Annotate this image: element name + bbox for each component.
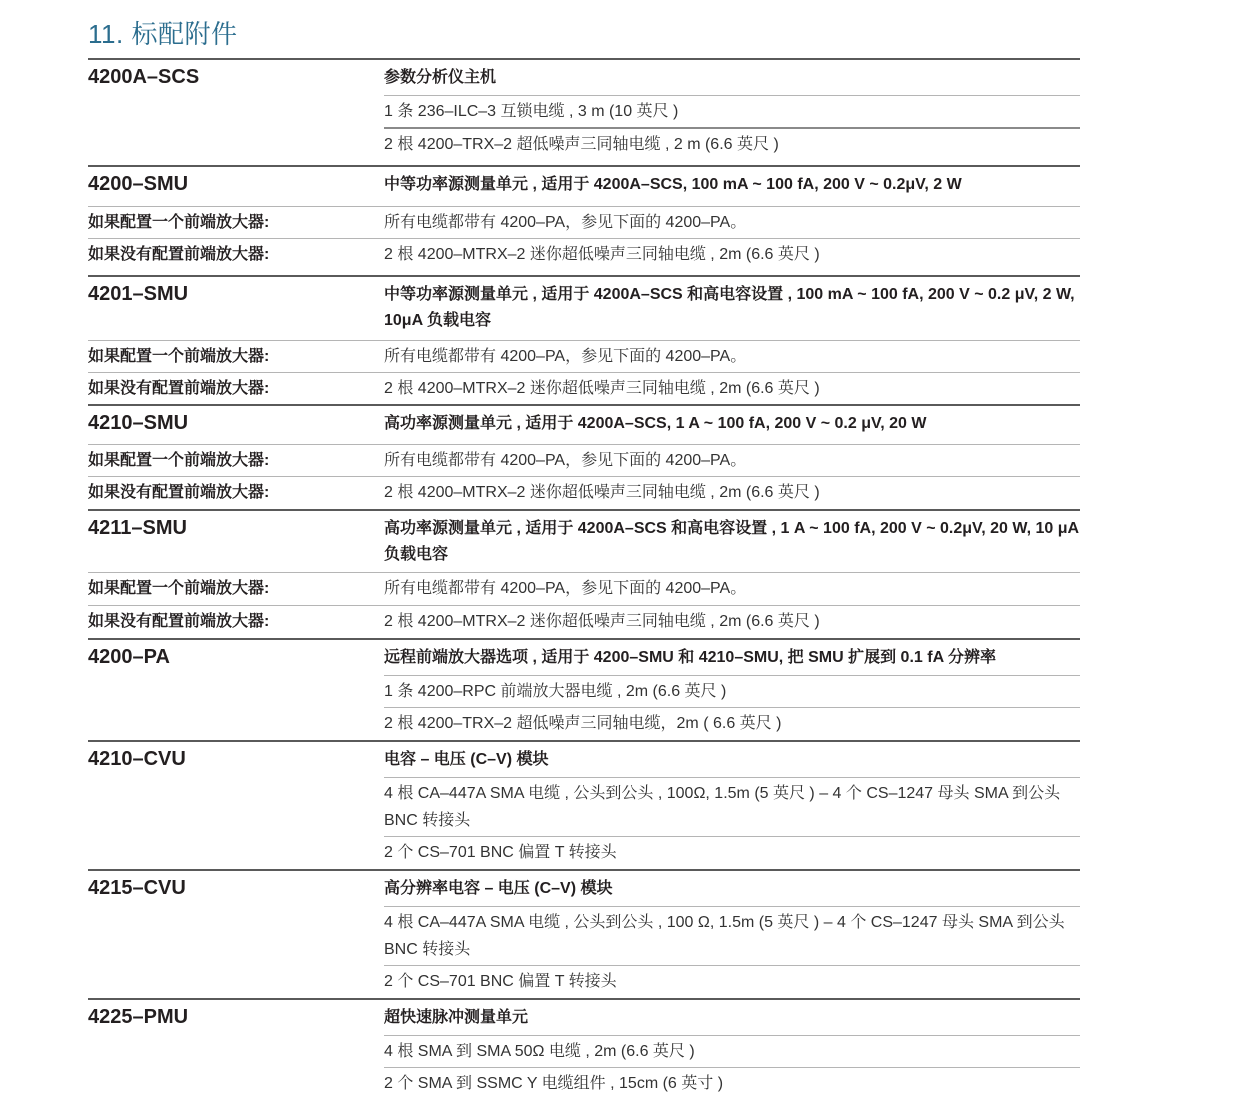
product-model: 4200–PA [88, 640, 384, 675]
product-header-row: 4225–PMU超快速脉冲测量单元 [88, 1000, 1080, 1035]
accessory-text: 2 个 CS–701 BNC 偏置 T 转接头 [384, 836, 1080, 869]
accessory-text: 4 根 CA–447A SMA 电缆 , 公头到公头 , 100 Ω, 1.5m… [384, 906, 1080, 965]
accessory-text: 2 根 4200–MTRX–2 迷你超低噪声三同轴电缆 , 2m (6.6 英尺… [384, 239, 1080, 275]
product-header-row: 4201–SMU中等功率源测量单元 , 适用于 4200A–SCS 和高电容设置… [88, 277, 1080, 340]
accessory-row: 1 条 236–ILC–3 互锁电缆 , 3 m (10 英尺 ) [88, 95, 1080, 127]
accessory-row: 如果没有配置前端放大器:2 根 4200–MTRX–2 迷你超低噪声三同轴电缆 … [88, 605, 1080, 638]
accessory-text: 2 个 SMA 到 SSMC Y 电缆组件 , 15cm (6 英寸 ) [384, 1067, 1080, 1101]
condition-label: 如果没有配置前端放大器: [88, 239, 384, 275]
product-header-row: 4210–CVU电容 – 电压 (C–V) 模块 [88, 742, 1080, 777]
condition-label: 如果配置一个前端放大器: [88, 341, 384, 372]
condition-label [88, 95, 384, 127]
accessory-text: 所有电缆都带有 4200–PA，参见下面的 4200–PA。 [384, 573, 1080, 605]
accessory-text: 2 根 4200–MTRX–2 迷你超低噪声三同轴电缆 , 2m (6.6 英尺… [384, 606, 1080, 638]
product-description: 中等功率源测量单元 , 适用于 4200A–SCS, 100 mA ~ 100 … [384, 167, 1080, 206]
product-model: 4201–SMU [88, 277, 384, 340]
condition-label: 如果没有配置前端放大器: [88, 373, 384, 404]
product-description: 参数分析仪主机 [384, 60, 1080, 95]
accessory-row: 如果配置一个前端放大器:所有电缆都带有 4200–PA，参见下面的 4200–P… [88, 444, 1080, 476]
accessory-row: 4 根 SMA 到 SMA 50Ω 电缆 , 2m (6.6 英尺 ) [88, 1035, 1080, 1067]
product-header-row: 4200–SMU中等功率源测量单元 , 适用于 4200A–SCS, 100 m… [88, 167, 1080, 206]
accessory-text: 4 根 CA–447A SMA 电缆 , 公头到公头 , 100Ω, 1.5m … [384, 777, 1080, 836]
product-header-row: 4200–PA远程前端放大器选项 , 适用于 4200–SMU 和 4210–S… [88, 640, 1080, 675]
accessories-table: 4200A–SCS参数分析仪主机1 条 236–ILC–3 互锁电缆 , 3 m… [88, 58, 1080, 1101]
product-model: 4210–SMU [88, 406, 384, 444]
accessory-row: 4 根 CA–447A SMA 电缆 , 公头到公头 , 100Ω, 1.5m … [88, 777, 1080, 836]
accessory-text: 2 根 4200–TRX–2 超低噪声三同轴电缆，2m ( 6.6 英尺 ) [384, 707, 1080, 740]
accessory-text: 1 条 236–ILC–3 互锁电缆 , 3 m (10 英尺 ) [384, 95, 1080, 127]
accessory-row: 如果没有配置前端放大器:2 根 4200–MTRX–2 迷你超低噪声三同轴电缆 … [88, 238, 1080, 275]
accessory-text: 1 条 4200–RPC 前端放大器电缆 , 2m (6.6 英尺 ) [384, 675, 1080, 707]
condition-label: 如果配置一个前端放大器: [88, 573, 384, 605]
accessory-row: 2 个 CS–701 BNC 偏置 T 转接头 [88, 965, 1080, 998]
product-model: 4225–PMU [88, 1000, 384, 1035]
condition-label [88, 675, 384, 707]
condition-label [88, 707, 384, 740]
product-description: 高功率源测量单元 , 适用于 4200A–SCS 和高电容设置 , 1 A ~ … [384, 511, 1080, 572]
product-model: 4210–CVU [88, 742, 384, 777]
accessory-row: 如果没有配置前端放大器:2 根 4200–MTRX–2 迷你超低噪声三同轴电缆 … [88, 372, 1080, 404]
product-description: 电容 – 电压 (C–V) 模块 [384, 742, 1080, 777]
product-model: 4200–SMU [88, 167, 384, 206]
accessory-row: 2 根 4200–TRX–2 超低噪声三同轴电缆，2m ( 6.6 英尺 ) [88, 707, 1080, 740]
accessory-row: 2 根 4200–TRX–2 超低噪声三同轴电缆 , 2 m (6.6 英尺 ) [88, 127, 1080, 165]
product-section: 4201–SMU中等功率源测量单元 , 适用于 4200A–SCS 和高电容设置… [88, 275, 1080, 404]
product-model: 4215–CVU [88, 871, 384, 906]
accessory-row: 如果配置一个前端放大器:所有电缆都带有 4200–PA，参见下面的 4200–P… [88, 340, 1080, 372]
condition-label [88, 127, 384, 165]
accessory-text: 2 根 4200–MTRX–2 迷你超低噪声三同轴电缆 , 2m (6.6 英尺… [384, 373, 1080, 404]
product-section: 4200–PA远程前端放大器选项 , 适用于 4200–SMU 和 4210–S… [88, 638, 1080, 740]
condition-label [88, 777, 384, 836]
condition-label [88, 836, 384, 869]
product-section: 4215–CVU高分辨率电容 – 电压 (C–V) 模块4 根 CA–447A … [88, 869, 1080, 998]
accessory-row: 如果配置一个前端放大器:所有电缆都带有 4200–PA，参见下面的 4200–P… [88, 572, 1080, 605]
accessory-text: 所有电缆都带有 4200–PA，参见下面的 4200–PA。 [384, 445, 1080, 476]
condition-label: 如果没有配置前端放大器: [88, 477, 384, 509]
product-header-row: 4211–SMU高功率源测量单元 , 适用于 4200A–SCS 和高电容设置 … [88, 511, 1080, 572]
product-section: 4200–SMU中等功率源测量单元 , 适用于 4200A–SCS, 100 m… [88, 165, 1080, 275]
accessory-text: 所有电缆都带有 4200–PA，参见下面的 4200–PA。 [384, 341, 1080, 372]
accessory-text: 所有电缆都带有 4200–PA，参见下面的 4200–PA。 [384, 207, 1080, 238]
condition-label [88, 1067, 384, 1101]
product-description: 中等功率源测量单元 , 适用于 4200A–SCS 和高电容设置 , 100 m… [384, 277, 1080, 340]
condition-label: 如果没有配置前端放大器: [88, 606, 384, 638]
product-section: 4210–CVU电容 – 电压 (C–V) 模块4 根 CA–447A SMA … [88, 740, 1080, 869]
accessory-text: 2 个 CS–701 BNC 偏置 T 转接头 [384, 965, 1080, 998]
product-model: 4211–SMU [88, 511, 384, 572]
product-section: 4210–SMU高功率源测量单元 , 适用于 4200A–SCS, 1 A ~ … [88, 404, 1080, 509]
product-description: 高功率源测量单元 , 适用于 4200A–SCS, 1 A ~ 100 fA, … [384, 406, 1080, 444]
condition-label [88, 965, 384, 998]
accessory-row: 1 条 4200–RPC 前端放大器电缆 , 2m (6.6 英尺 ) [88, 675, 1080, 707]
accessory-text: 2 根 4200–MTRX–2 迷你超低噪声三同轴电缆 , 2m (6.6 英尺… [384, 477, 1080, 509]
accessory-row: 4 根 CA–447A SMA 电缆 , 公头到公头 , 100 Ω, 1.5m… [88, 906, 1080, 965]
accessory-row: 如果配置一个前端放大器:所有电缆都带有 4200–PA，参见下面的 4200–P… [88, 206, 1080, 238]
product-section: 4225–PMU超快速脉冲测量单元4 根 SMA 到 SMA 50Ω 电缆 , … [88, 998, 1080, 1101]
condition-label: 如果配置一个前端放大器: [88, 207, 384, 238]
product-section: 4200A–SCS参数分析仪主机1 条 236–ILC–3 互锁电缆 , 3 m… [88, 58, 1080, 165]
accessory-row: 如果没有配置前端放大器:2 根 4200–MTRX–2 迷你超低噪声三同轴电缆 … [88, 476, 1080, 509]
section-title: 11. 标配附件 [88, 14, 237, 51]
condition-label [88, 906, 384, 965]
accessory-text: 4 根 SMA 到 SMA 50Ω 电缆 , 2m (6.6 英尺 ) [384, 1035, 1080, 1067]
accessory-row: 2 个 SMA 到 SSMC Y 电缆组件 , 15cm (6 英寸 ) [88, 1067, 1080, 1101]
product-description: 高分辨率电容 – 电压 (C–V) 模块 [384, 871, 1080, 906]
accessory-row: 2 个 CS–701 BNC 偏置 T 转接头 [88, 836, 1080, 869]
accessory-text: 2 根 4200–TRX–2 超低噪声三同轴电缆 , 2 m (6.6 英尺 ) [384, 127, 1080, 165]
condition-label: 如果配置一个前端放大器: [88, 445, 384, 476]
product-description: 超快速脉冲测量单元 [384, 1000, 1080, 1035]
product-model: 4200A–SCS [88, 60, 384, 95]
product-header-row: 4215–CVU高分辨率电容 – 电压 (C–V) 模块 [88, 871, 1080, 906]
product-description: 远程前端放大器选项 , 适用于 4200–SMU 和 4210–SMU, 把 S… [384, 640, 1080, 675]
product-header-row: 4200A–SCS参数分析仪主机 [88, 60, 1080, 95]
condition-label [88, 1035, 384, 1067]
product-section: 4211–SMU高功率源测量单元 , 适用于 4200A–SCS 和高电容设置 … [88, 509, 1080, 638]
product-header-row: 4210–SMU高功率源测量单元 , 适用于 4200A–SCS, 1 A ~ … [88, 406, 1080, 444]
